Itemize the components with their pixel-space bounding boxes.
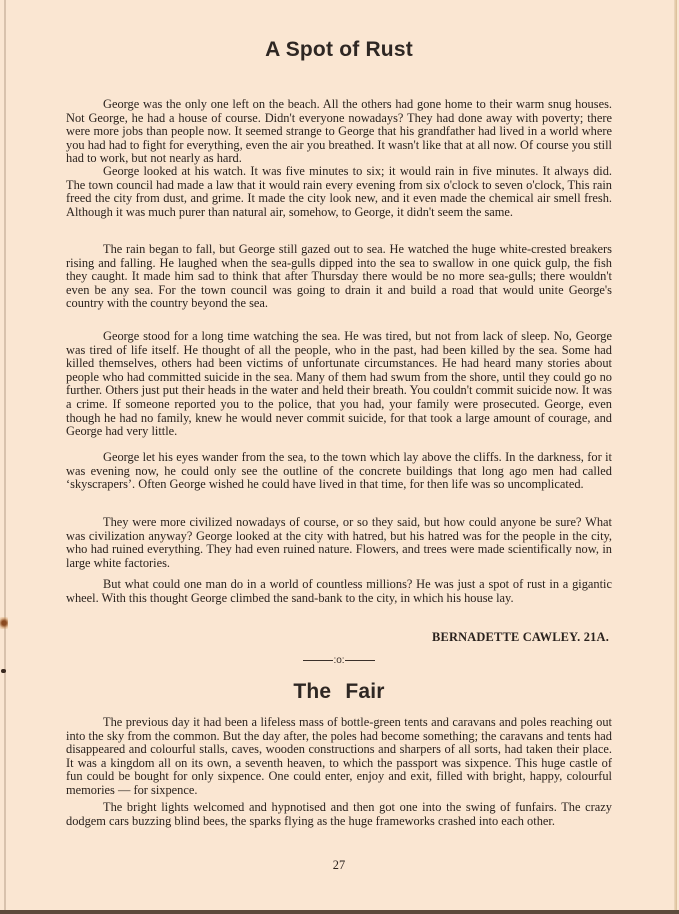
- rust-stain-mark: [0, 617, 8, 629]
- story1-paragraph: They were more civilized nowadays of cou…: [66, 516, 612, 570]
- divider-ornament: :o:: [333, 655, 344, 666]
- magazine-page: A Spot of Rust George was the only one l…: [0, 0, 679, 914]
- story1-paragraph: George was the only one left on the beac…: [66, 98, 612, 166]
- page-right-edge: [674, 0, 677, 914]
- story2-paragraph: The previous day it had been a lifeless …: [66, 716, 612, 798]
- page-binding-edge: [4, 0, 6, 914]
- author-byline: BERNADETTE CAWLEY. 21A.: [432, 630, 609, 645]
- story1-paragraph: George let his eyes wander from the sea,…: [66, 451, 612, 492]
- page-number: 27: [66, 858, 612, 873]
- story1-paragraph: The rain began to fall, but George still…: [66, 243, 612, 311]
- page-bottom-edge: [0, 910, 679, 914]
- story2-paragraph: The bright lights welcomed and hypnotise…: [66, 801, 612, 828]
- story1-paragraph: George looked at his watch. It was five …: [66, 165, 612, 219]
- ink-mark: [1, 669, 6, 673]
- divider-rule-left: [303, 660, 333, 661]
- divider-rule-right: [345, 660, 375, 661]
- story1-paragraph: But what could one man do in a world of …: [66, 578, 612, 605]
- story-title-a-spot-of-rust: A Spot of Rust: [66, 38, 612, 62]
- story-title-the-fair: The Fair: [66, 680, 612, 704]
- section-divider: :o:: [66, 655, 612, 666]
- story1-paragraph: George stood for a long time watching th…: [66, 330, 612, 439]
